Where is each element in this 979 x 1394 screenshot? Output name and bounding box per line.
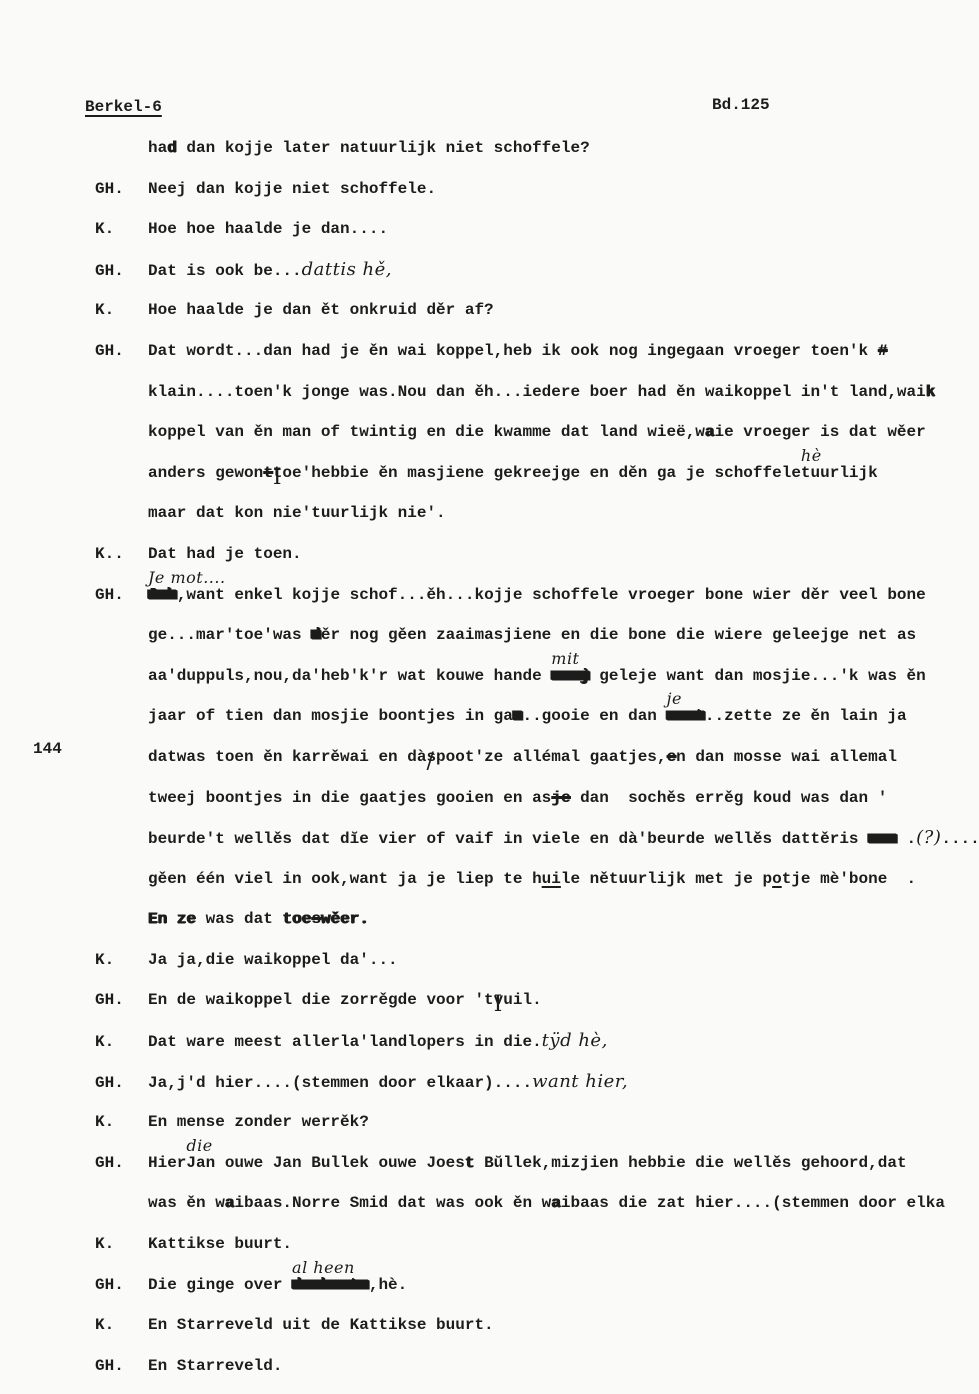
typed-text: tuurlijk bbox=[801, 464, 878, 482]
overstruck-text: k bbox=[926, 383, 936, 401]
blotted-text: da kante bbox=[292, 1276, 369, 1294]
typed-text: Hier bbox=[148, 1154, 186, 1172]
dialogue-line: K.Dat ware meest allerla'landlopers in d… bbox=[95, 1021, 979, 1062]
typed-text: dan sochěs errěg koud was dan ' bbox=[570, 789, 887, 807]
dialogue-line: GH.Je mot....Jah,want enkel kojje schof.… bbox=[95, 575, 979, 616]
struck-text: je bbox=[551, 789, 570, 807]
speaker-label: GH. bbox=[95, 980, 148, 1021]
handwritten-note: (?) bbox=[916, 827, 941, 848]
page-title: Berkel-6 bbox=[85, 98, 162, 116]
dialogue-line: beurde't wellěs dat dĭe vier of vaif in … bbox=[95, 818, 979, 859]
typed-text: . bbox=[897, 830, 916, 848]
speaker-label: K. bbox=[95, 1022, 148, 1063]
typed-text: Bŭllek,mizjien hebbie die wellěs gehoord… bbox=[474, 1154, 906, 1172]
blotted-text: Jah bbox=[148, 586, 177, 604]
dialogue-line: K.Ja ja,die waikoppel da'... bbox=[95, 940, 979, 981]
dialogue-line: gěen één viel in ook,want ja je liep te … bbox=[95, 859, 979, 900]
dialogue-line: GH.HierdieJan ouwe Jan Bullek ouwe Joest… bbox=[95, 1143, 979, 1184]
dialogue-line: klain....toen'k jonge was.Nou dan ěh...i… bbox=[95, 372, 979, 413]
typed-text: ibaas die zat hier....(stemmen door elka bbox=[561, 1194, 945, 1212]
speaker-label: GH. bbox=[95, 1143, 148, 1184]
dialogue-line: anders gewontItoe'hebbie ěn masjiene gek… bbox=[95, 453, 979, 494]
typed-text: Neej dan kojje niet schoffele. bbox=[148, 180, 436, 198]
overstruck-text: wěer. bbox=[321, 910, 369, 928]
typed-text: toe'hebbie ěn masjiene gekreejge en děn … bbox=[273, 464, 801, 482]
speaker-label: K. bbox=[95, 940, 148, 981]
typed-text: dan kojje later natuurlijk niet schoffel… bbox=[177, 139, 590, 157]
dialogue-line: GH.Dat is ook be...dattis hě, bbox=[95, 250, 979, 291]
typed-text: Hoe hoe haalde je dan.... bbox=[148, 220, 388, 238]
typed-text: tje mè'bone . bbox=[782, 870, 916, 888]
dialogue-line: GH.Neej dan kojje niet schoffele. bbox=[95, 169, 979, 210]
speaker-label: K. bbox=[95, 1224, 148, 1265]
speaker-label: GH. bbox=[95, 251, 148, 292]
typed-text: was ěn w bbox=[148, 1194, 225, 1212]
dialogue-line: En ze was dat toeswěer. bbox=[95, 899, 979, 940]
dialogue-line: K.Kattikse buurt. bbox=[95, 1224, 979, 1265]
dialogue-line: ge...mar'toe'was děr nog gěen zaaimasjie… bbox=[95, 615, 979, 656]
typed-text: ibaas.Norre Smid dat was ook ěn w bbox=[234, 1194, 551, 1212]
typed-text: En Starreveld uit de Kattikse buurt. bbox=[148, 1316, 494, 1334]
dialogue-line: jaar of tien dan mosjie boontjes in gan.… bbox=[95, 696, 979, 737]
typed-text: datwas toen ěn karrěwai en dà bbox=[148, 748, 426, 766]
speaker-label: GH. bbox=[95, 575, 148, 616]
typed-text: gěen één viel in ook,want ja je liep te … bbox=[148, 870, 542, 888]
speaker-label: GH. bbox=[95, 1063, 148, 1104]
typed-text: le nětuurlijk met je p bbox=[561, 870, 772, 888]
transcript-page: Berkel-6 Bd.125 144 had dan kojje later … bbox=[0, 0, 979, 1394]
struck-text: t bbox=[263, 464, 273, 482]
overstruck-text: a bbox=[551, 1194, 561, 1212]
speaker-label: K. bbox=[95, 1102, 148, 1143]
struck-text: e bbox=[667, 748, 677, 766]
typed-text: En de waikoppel die zorrěgde voor 't bbox=[148, 991, 494, 1009]
speaker-label: K. bbox=[95, 290, 148, 331]
typed-text: anders gewon bbox=[148, 464, 263, 482]
struck-text: s bbox=[311, 910, 321, 928]
speaker-label: GH. bbox=[95, 331, 148, 372]
speaker-label: K. bbox=[95, 209, 148, 250]
dialogue-line: was ěn waibaas.Norre Smid dat was ook ěn… bbox=[95, 1183, 979, 1224]
dialogue-line: datwas toen ěn karrěwai en dà/spoot'ze a… bbox=[95, 737, 979, 778]
blotted-text: most bbox=[667, 707, 705, 725]
dialogue-line: K.En Starreveld uit de Kattikse buurt. bbox=[95, 1305, 979, 1346]
typed-text: Dat ware meest allerla'landlopers in die… bbox=[148, 1033, 542, 1051]
typed-text: ie vroeger is dat wěer bbox=[715, 423, 926, 441]
typed-text: ,hè. bbox=[369, 1276, 407, 1294]
typed-text: was dat bbox=[196, 910, 282, 928]
typed-text: beurde't wellěs dat dĭe vier of vaif in … bbox=[148, 830, 868, 848]
margin-page-number: 144 bbox=[33, 740, 62, 758]
typed-text: ha bbox=[148, 139, 167, 157]
typed-text: ěr nog gěen zaaimasjiene en die bone die… bbox=[321, 626, 916, 644]
overstruck-text: a bbox=[225, 1194, 235, 1212]
blotted-text: d bbox=[311, 626, 321, 644]
typed-text: Dat wordt...dan had je ěn wai koppel,heb… bbox=[148, 342, 878, 360]
handwritten-note: want hier, bbox=[532, 1071, 628, 1092]
volume-number: Bd.125 bbox=[712, 96, 770, 114]
typed-text: Ja,j'd hier....(stemmen door elkaar).... bbox=[148, 1074, 532, 1092]
speaker-label: K.. bbox=[95, 534, 148, 575]
typed-text: Dat is ook be... bbox=[148, 262, 302, 280]
dialogue-line: koppel van ěn man of twintig en die kwam… bbox=[95, 412, 979, 453]
overstruck-text: d bbox=[167, 139, 177, 157]
dialogue-line: K..Dat had je toen. bbox=[95, 534, 979, 575]
typed-text: koppel van ěn man of twintig en die kwam… bbox=[148, 423, 705, 441]
dialogue-line: K.Hoe hoe haalde je dan.... bbox=[95, 209, 979, 250]
handwritten-note: tÿd hè, bbox=[542, 1030, 608, 1051]
underlined-text: o bbox=[772, 870, 782, 888]
dialogue-line: K.En mense zonder werrěk? bbox=[95, 1102, 979, 1143]
typed-text: Dat had je toen. bbox=[148, 545, 302, 563]
typed-text: ..gooie en dan bbox=[522, 707, 666, 725]
dialogue: had dan kojje later natuurlijk niet scho… bbox=[95, 128, 979, 1386]
dialogue-line: GH.Dat wordt...dan had je ěn wai koppel,… bbox=[95, 331, 979, 372]
typed-text: jaar of tien dan mosjie boontjes in ga bbox=[148, 707, 513, 725]
typed-text: spoot'ze allémal gaatjes, bbox=[426, 748, 666, 766]
typed-text: Die ginge over bbox=[148, 1276, 292, 1294]
typed-text: ,want enkel kojje schof...ěh...kojje sch… bbox=[177, 586, 926, 604]
speaker-label: GH. bbox=[95, 1265, 148, 1306]
dialogue-line: GH.En de waikoppel die zorrěgde voor 'tI… bbox=[95, 980, 979, 1021]
struck-text: # bbox=[878, 342, 888, 360]
dialogue-line: had dan kojje later natuurlijk niet scho… bbox=[95, 128, 979, 169]
typed-text: n dan mosse wai allemal bbox=[676, 748, 897, 766]
blotted-text: een bbox=[868, 830, 897, 848]
overstruck-text: En ze bbox=[148, 910, 196, 928]
typed-text: klain....toen'k jonge was.Nou dan ěh...i… bbox=[148, 383, 926, 401]
typed-text: tweej boontjes in die gaatjes gooien en … bbox=[148, 789, 551, 807]
typed-text: Hoe haalde je dan ět onkruid děr af? bbox=[148, 301, 494, 319]
speaker-label: K. bbox=[95, 1305, 148, 1346]
typed-text: aa'duppuls,nou,da'heb'k'r wat kouwe hand… bbox=[148, 667, 551, 685]
typed-text: ge...mar'toe'was bbox=[148, 626, 311, 644]
typed-text: .... bbox=[941, 830, 979, 848]
typed-text: En Starreveld. bbox=[148, 1357, 282, 1375]
typed-text: maar dat kon nie'tuurlijk nie'. bbox=[148, 504, 446, 522]
typed-text: Ja ja,die waikoppel da'... bbox=[148, 951, 398, 969]
dialogue-line: GH.Die ginge over al heenda kante,hè. bbox=[95, 1265, 979, 1306]
dialogue-line: K.Hoe haalde je dan ět onkruid děr af? bbox=[95, 290, 979, 331]
dialogue-line: tweej boontjes in die gaatjes gooien en … bbox=[95, 778, 979, 819]
handwritten-note: dattis hě, bbox=[302, 259, 392, 280]
typed-text: ..zette ze ěn lain ja bbox=[705, 707, 907, 725]
overstruck-text: toe bbox=[282, 910, 311, 928]
speaker-label: GH. bbox=[95, 169, 148, 210]
dialogue-line: aa'duppuls,nou,da'heb'k'r wat kouwe hand… bbox=[95, 656, 979, 697]
blotted-text: meej bbox=[551, 667, 589, 685]
typed-text: Jan ouwe Jan Bullek ouwe Joes bbox=[186, 1154, 464, 1172]
typed-text: En mense zonder werrěk? bbox=[148, 1113, 369, 1131]
dialogue-line: GH.En Starreveld. bbox=[95, 1346, 979, 1387]
dialogue-line: GH.Ja,j'd hier....(stemmen door elkaar).… bbox=[95, 1062, 979, 1103]
overstruck-text: a bbox=[705, 423, 715, 441]
dialogue-line: maar dat kon nie'tuurlijk nie'. bbox=[95, 493, 979, 534]
typed-text: geleje want dan mosjie...'k was ěn bbox=[590, 667, 926, 685]
speaker-label: GH. bbox=[95, 1346, 148, 1387]
underlined-text: ui bbox=[542, 870, 561, 888]
typed-text: Kattikse buurt. bbox=[148, 1235, 292, 1253]
